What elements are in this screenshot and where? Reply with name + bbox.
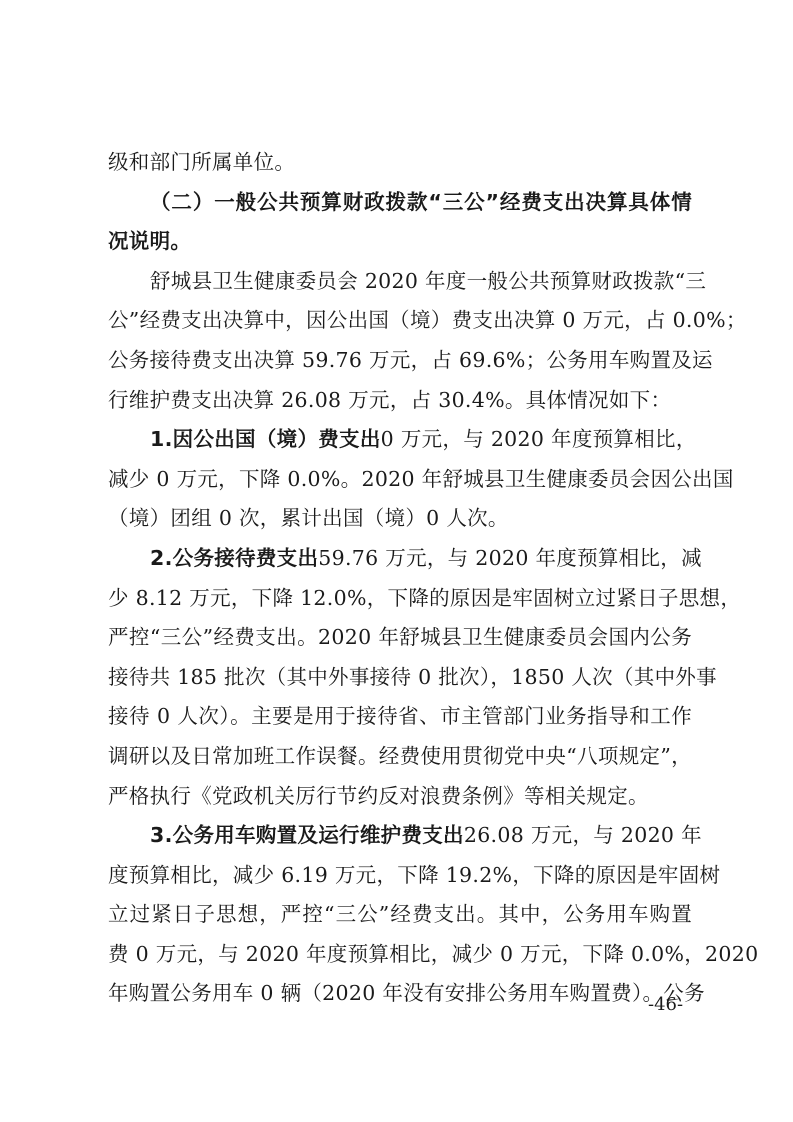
continuation-line: 级和部门所属单位。 [108, 143, 692, 183]
item2-title: 2.公务接待费支出 [150, 546, 318, 570]
item2-line-3: 严控“三公”经费支出。2020 年舒城县卫生健康委员会国内公务 [108, 618, 692, 658]
item2-first-line: 2.公务接待费支出59.76 万元，与 2020 年度预算相比，减 [108, 539, 692, 579]
item3-first-line: 3.公务用车购置及运行维护费支出26.08 万元，与 2020 年 [108, 816, 692, 856]
document-page: 级和部门所属单位。 （二）一般公共预算财政拨款“三公”经费支出决算具体情 况说明… [108, 143, 692, 1014]
summary-line-2: 公”经费支出决算中，因公出国（境）费支出决算 0 万元，占 0.0%； [108, 301, 692, 341]
item1-first-line-rest: 0 万元，与 2020 年度预算相比， [381, 427, 697, 451]
item2-first-line-rest: 59.76 万元，与 2020 年度预算相比，减 [318, 546, 702, 570]
page-number: -46- [648, 994, 683, 1015]
item1-title: 1.因公出国（境）费支出 [150, 427, 381, 451]
item2-line-4: 接待共 185 批次（其中外事接待 0 批次），1850 人次（其中外事 [108, 658, 692, 698]
item3-line-2: 度预算相比，减少 6.19 万元，下降 19.2%，下降的原因是牢固树 [108, 856, 692, 896]
item3-line-4: 费 0 万元，与 2020 年度预算相比，减少 0 万元，下降 0.0%，202… [108, 935, 692, 975]
item2-line-6: 调研以及日常加班工作误餐。经费使用贯彻党中央“八项规定”， [108, 737, 692, 777]
item3-first-line-rest: 26.08 万元，与 2020 年 [464, 823, 702, 847]
item2-line-2: 少 8.12 万元，下降 12.0%，下降的原因是牢固树立过紧日子思想， [108, 579, 692, 619]
item3-line-5: 年购置公务用车 0 辆（2020 年没有安排公务用车购置费）。公务 [108, 974, 692, 1014]
summary-line-1: 舒城县卫生健康委员会 2020 年度一般公共预算财政拨款“三 [108, 262, 692, 302]
item2-line-5: 接待 0 人次）。主要是用于接待省、市主管部门业务指导和工作 [108, 697, 692, 737]
summary-line-4: 行维护费支出决算 26.08 万元，占 30.4%。具体情况如下： [108, 381, 692, 421]
item1-line-3: （境）团组 0 次，累计出国（境）0 人次。 [108, 499, 692, 539]
item1-line-2: 减少 0 万元，下降 0.0%。2020 年舒城县卫生健康委员会因公出国 [108, 460, 692, 500]
item3-line-3: 立过紧日子思想，严控“三公”经费支出。其中，公务用车购置 [108, 895, 692, 935]
section-heading-line-2: 况说明。 [108, 222, 692, 262]
item2-line-7: 严格执行《党政机关厉行节约反对浪费条例》等相关规定。 [108, 777, 692, 817]
summary-line-3: 公务接待费支出决算 59.76 万元，占 69.6%；公务用车购置及运 [108, 341, 692, 381]
section-heading-line-1: （二）一般公共预算财政拨款“三公”经费支出决算具体情 [108, 183, 692, 223]
item1-first-line: 1.因公出国（境）费支出0 万元，与 2020 年度预算相比， [108, 420, 692, 460]
item3-title: 3.公务用车购置及运行维护费支出 [150, 823, 464, 847]
